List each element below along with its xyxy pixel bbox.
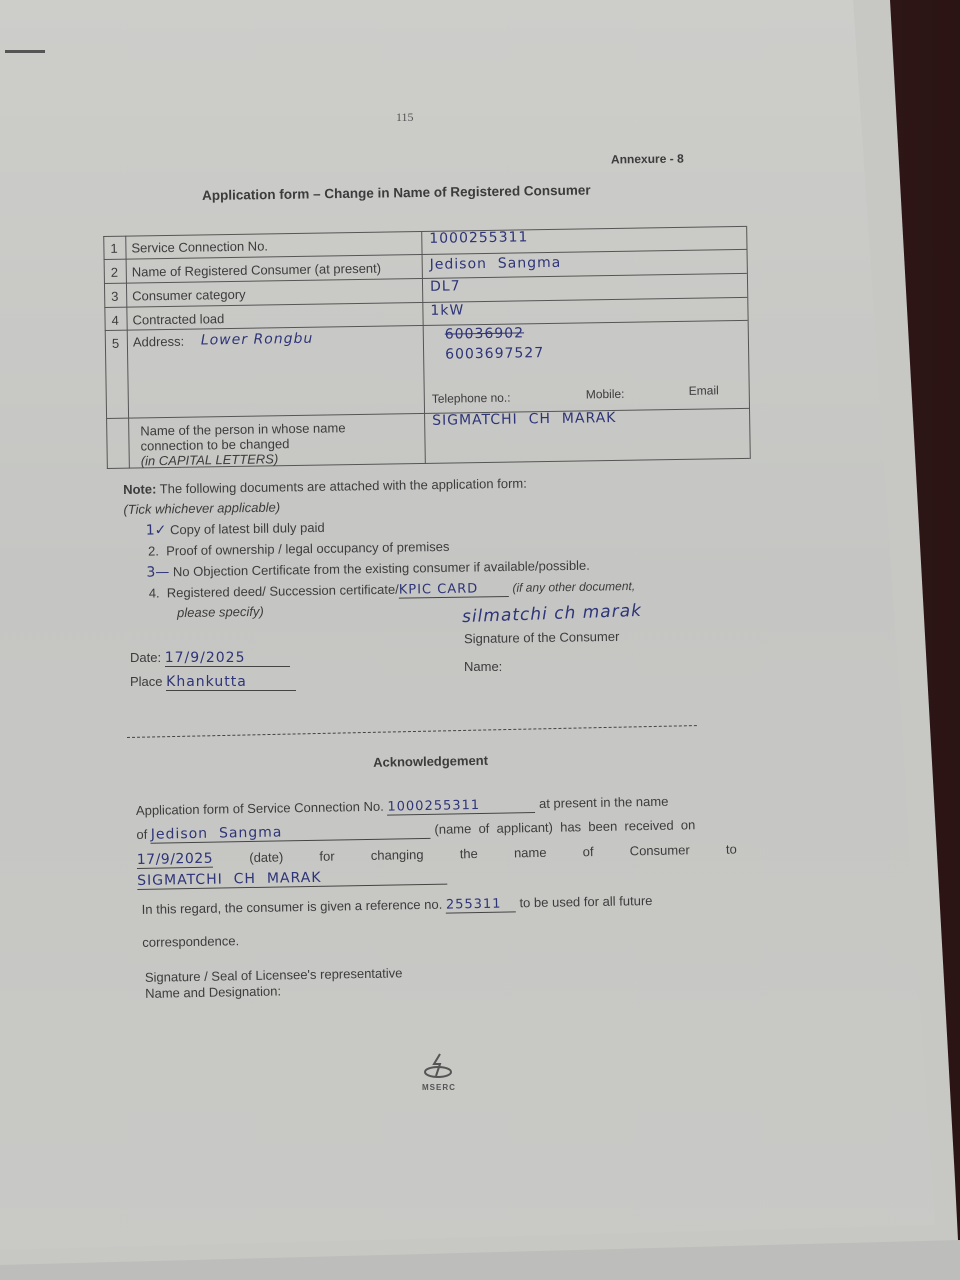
label-address: Address:: [133, 334, 185, 350]
ack-new-name[interactable]: SIGMATCHI CH MARAK: [137, 868, 447, 890]
logo-text: MSERC: [422, 1083, 456, 1092]
ack-line-1: Application form of Service Connection N…: [136, 794, 669, 820]
document: 115 Annexure - 8 Application form – Chan…: [0, 0, 960, 1280]
value-service-connection[interactable]: 1000255311: [429, 229, 528, 247]
row-number: 1: [110, 241, 117, 256]
document-item-4[interactable]: 4. Registered deed/ Succession certifica…: [149, 578, 636, 603]
row-number: 3: [111, 289, 118, 304]
date-value[interactable]: 17/9/2025: [165, 650, 290, 667]
new-name-label: Name of the person in whose name: [140, 420, 345, 438]
checkmark-icon: 3—: [146, 564, 169, 580]
phone-struck-out: 60036902: [445, 325, 525, 342]
please-specify: please specify): [177, 604, 264, 620]
page-number: 115: [396, 110, 414, 125]
value-contracted-load[interactable]: 1kW: [430, 302, 464, 319]
value-phone[interactable]: 6003697527: [445, 345, 544, 363]
row-number: 2: [111, 265, 118, 280]
annexure-label: Annexure - 8: [611, 151, 684, 166]
place-value[interactable]: Khankutta: [166, 674, 296, 691]
acknowledgement-title: Acknowledgement: [373, 753, 488, 770]
other-document-field[interactable]: KPIC CARD: [399, 581, 509, 599]
telephone-label: Telephone no.:: [432, 391, 511, 406]
row-number: 4: [111, 313, 118, 328]
signature-label: Signature of the Consumer: [464, 629, 620, 646]
document-item-1[interactable]: 1✓ Copy of latest bill duly paid: [146, 520, 325, 539]
value-registered-consumer[interactable]: Jedison Sangma: [430, 255, 562, 273]
ack-date[interactable]: 17/9/2025: [137, 851, 214, 869]
ack-reference-line: In this regard, the consumer is given a …: [142, 893, 653, 919]
ack-reference-no[interactable]: 255311: [446, 896, 516, 913]
licensee-name-label: Name and Designation:: [145, 983, 281, 1000]
tick-hint: (Tick whichever applicable): [123, 500, 280, 517]
consumer-details-table: 1 Service Connection No. 1000255311 2 Na…: [103, 212, 750, 472]
acknowledgement-section: Acknowledgement Application form of Serv…: [135, 745, 735, 755]
checkmark-icon: 1✓: [146, 522, 167, 538]
note-text: The following documents are attached wit…: [160, 476, 527, 497]
label-consumer-category: Consumer category: [132, 287, 246, 304]
ack-line-2: of Jedison Sangma (name of applicant) ha…: [136, 817, 695, 844]
name-label: Name:: [464, 659, 502, 674]
mobile-label: Mobile:: [586, 387, 625, 402]
cut-line: [127, 725, 697, 738]
new-name-label-3: (in CAPITAL LETTERS): [141, 451, 279, 468]
ack-line-3: 17/9/2025 (date) for changing the name o…: [137, 842, 737, 869]
page-title: Application form – Change in Name of Reg…: [202, 183, 591, 203]
ack-correspondence: correspondence.: [142, 933, 239, 950]
value-new-name[interactable]: SIGMATCHI CH MARAK: [432, 410, 617, 429]
date-field: Date: 17/9/2025: [130, 650, 290, 667]
value-address[interactable]: Lower Rongbu: [201, 331, 314, 349]
row-number: 5: [112, 336, 119, 351]
document-item-2[interactable]: 2. Proof of ownership / legal occupancy …: [148, 539, 450, 559]
label-service-connection: Service Connection No.: [131, 238, 268, 255]
place-field: Place Khankutta: [130, 674, 296, 691]
document-item-3[interactable]: 3— No Objection Certificate from the exi…: [146, 558, 590, 581]
consumer-signature[interactable]: silmatchi ch marak: [462, 601, 643, 627]
email-label: Email: [689, 383, 719, 397]
label-registered-consumer: Name of Registered Consumer (at present): [132, 261, 381, 280]
ack-connection-no[interactable]: 1000255311: [387, 797, 535, 816]
documents-note: Note: The following documents are attach…: [123, 472, 743, 482]
value-consumer-category[interactable]: DL7: [430, 278, 461, 294]
licensee-signature-label: Signature / Seal of Licensee's represent…: [145, 965, 403, 984]
label-contracted-load: Contracted load: [132, 311, 224, 327]
note-prefix: Note:: [123, 481, 156, 497]
ack-present-name[interactable]: Jedison Sangma: [151, 822, 431, 844]
